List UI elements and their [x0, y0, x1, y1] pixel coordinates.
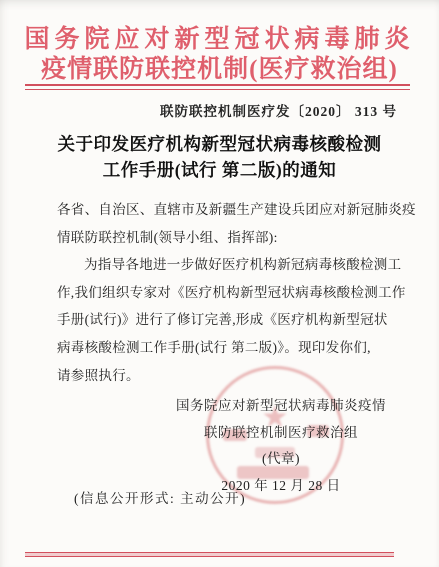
- letterhead-divider-rule: [25, 84, 410, 90]
- signature-seal-note: (代章): [150, 446, 412, 473]
- scanned-official-document: 国务院应对新型冠状病毒肺炎 疫情联防联控机制(医疗救治组) 联防联控机制医疗发〔…: [0, 0, 439, 567]
- body-line: 手册(试行)》进行了修订完善,形成《医疗机构新型冠状: [57, 306, 397, 334]
- document-title-line1: 关于印发医疗机构新型冠状病毒核酸检测: [0, 131, 439, 157]
- letterhead-line2: 疫情联防联控机制(医疗救治组): [24, 55, 415, 85]
- document-number: 联防联控机制医疗发〔2020〕 313 号: [160, 100, 397, 120]
- signature-org-line2: 联防联控机制医疗救治组: [150, 420, 412, 447]
- signature-org-line1: 国务院应对新型冠状病毒肺炎疫情: [150, 393, 412, 420]
- body-line: 病毒核酸检测工作手册(试行 第二版)》。现印发你们,: [57, 334, 397, 362]
- body-line: 为指导各地进一步做好医疗机构新冠病毒核酸检测工: [57, 251, 397, 279]
- signature-block: 国务院应对新型冠状病毒肺炎疫情 联防联控机制医疗救治组 (代章) 2020 年 …: [150, 393, 412, 499]
- document-body: 各省、自治区、直辖市及新疆生产建设兵团应对新冠肺炎疫 情联防联控机制(领导小组、…: [57, 196, 397, 389]
- body-line: 情联防联控机制(领导小组、指挥部):: [57, 224, 397, 252]
- document-title-line2: 工作手册(试行 第二版)的通知: [0, 157, 439, 183]
- signature-date: 2020 年 12 月 28 日: [150, 473, 412, 500]
- body-line: 作,我们组织专家对《医疗机构新型冠状病毒核酸检测工作: [57, 279, 397, 307]
- letterhead-line1: 国务院应对新型冠状病毒肺炎: [24, 25, 415, 55]
- footer-divider-rule: [25, 552, 394, 557]
- body-line: 各省、自治区、直辖市及新疆生产建设兵团应对新冠肺炎疫: [57, 196, 397, 224]
- document-title: 关于印发医疗机构新型冠状病毒核酸检测 工作手册(试行 第二版)的通知: [0, 131, 439, 183]
- letterhead: 国务院应对新型冠状病毒肺炎 疫情联防联控机制(医疗救治组): [24, 25, 415, 85]
